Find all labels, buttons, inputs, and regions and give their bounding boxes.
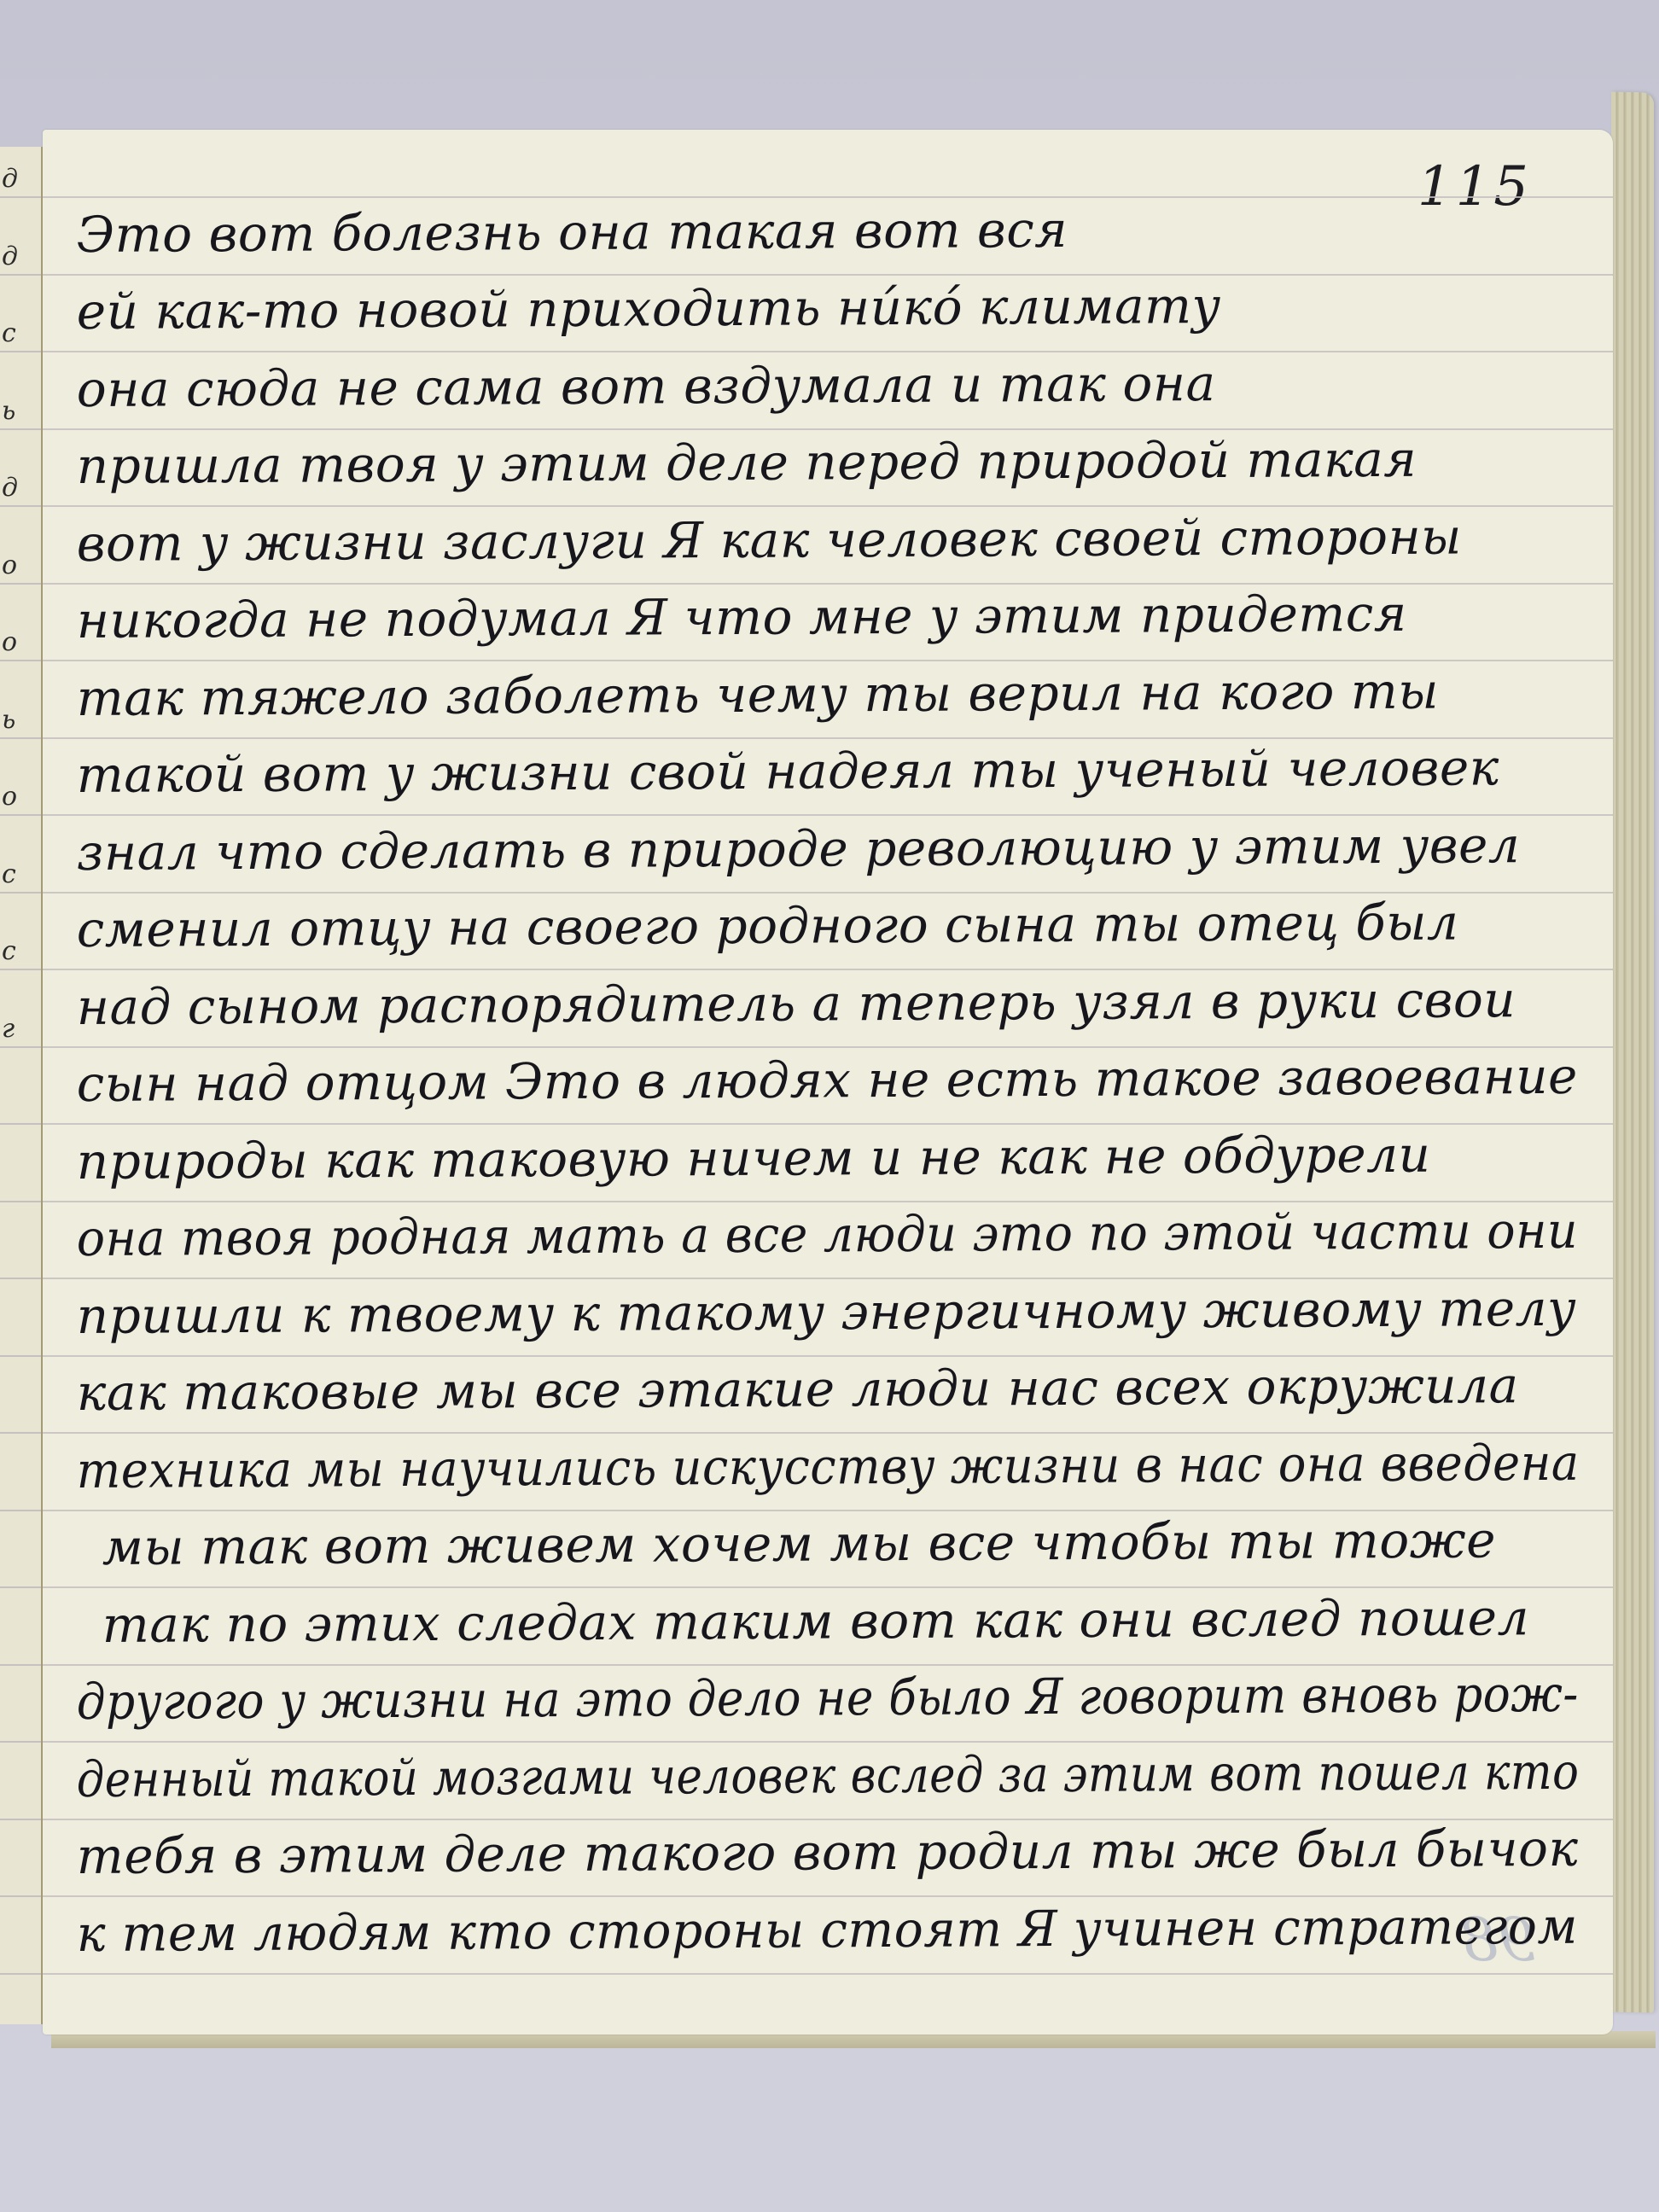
handwritten-line: ей как-то новой приходить ни́ко́ климату (77, 276, 1221, 341)
previous-page-text-fragment: о (2, 782, 17, 812)
ruled-line (0, 196, 41, 198)
ruled-line (0, 1741, 41, 1743)
ruled-line (0, 1819, 41, 1820)
page-stack-edge (1611, 91, 1654, 2012)
ruled-line (0, 274, 41, 276)
ruled-line (0, 1432, 41, 1434)
handwritten-line: пришли к твоему к такому энергичному жив… (77, 1278, 1577, 1344)
handwritten-line: мы так вот живем хочем мы все чтобы ты т… (102, 1511, 1496, 1576)
ruled-line (0, 1355, 41, 1357)
handwritten-line: знал что сделать в природе революцию у э… (77, 816, 1521, 882)
handwritten-line: так по этих следах таким вот как они всл… (102, 1588, 1529, 1654)
ruled-line (0, 505, 41, 507)
ruled-line (43, 1278, 1613, 1279)
ruled-line (0, 1973, 41, 1975)
handwritten-line: к тем людям кто стороны стоят Я учинен с… (77, 1896, 1578, 1962)
previous-page-edge: ддсьдооьоссг (0, 147, 43, 2024)
ruled-line (43, 814, 1613, 816)
handwritten-line: она твоя родная мать а все люди это по э… (77, 1202, 1579, 1267)
previous-page-text-fragment: д (2, 164, 18, 194)
previous-page-text-fragment: д (2, 473, 18, 503)
ruled-line (43, 660, 1613, 661)
handwritten-line: сменил отцу на своего родного сына ты от… (77, 894, 1459, 958)
ruled-line (43, 1741, 1613, 1743)
ruled-line (43, 1123, 1613, 1125)
handwritten-line: никогда не подумал Я что мне у этим прид… (77, 585, 1407, 649)
ruled-line (0, 1046, 41, 1048)
handwritten-line: над сыном распорядитель а теперь узял в … (77, 970, 1516, 1036)
ruled-line (0, 1664, 41, 1666)
ruled-line (0, 1586, 41, 1588)
ruled-line (0, 737, 41, 739)
previous-page-text-fragment: с (2, 318, 16, 348)
previous-page-text-fragment: д (2, 242, 18, 271)
ruled-line (0, 1278, 41, 1279)
handwritten-line: техника мы научились искусству жизни в н… (77, 1433, 1580, 1499)
handwritten-line: денный такой мозгами человек вслед за эт… (77, 1742, 1580, 1807)
previous-page-text-fragment: с (2, 859, 16, 889)
ruled-line (43, 1432, 1613, 1434)
ruled-line (0, 1895, 41, 1897)
ruled-line (43, 1973, 1613, 1975)
ruled-line (0, 660, 41, 661)
handwritten-line: как таковые мы все этакие люди нас всех … (77, 1356, 1519, 1422)
handwritten-line: тебя в этим деле такого вот родил ты же … (77, 1819, 1579, 1885)
ruled-line (43, 1895, 1613, 1897)
ruled-line (43, 1586, 1613, 1588)
handwritten-line: такой вот у жизни свой надеял ты ученый … (77, 738, 1499, 804)
notebook-page: 115 98 Это вот болезнь она такая вот вся… (43, 130, 1613, 2034)
ruled-line (43, 351, 1613, 352)
ruled-line (0, 1510, 41, 1511)
previous-page-text-fragment: г (2, 1014, 15, 1044)
handwritten-line: вот у жизни заслуги Я как человек своей … (77, 507, 1462, 572)
page-number: 115 (1417, 155, 1532, 218)
handwritten-line: она сюда не сама вот вздумала и так она (77, 354, 1216, 418)
previous-page-text-fragment: о (2, 550, 17, 580)
ruled-line (43, 274, 1613, 276)
ruled-line (0, 969, 41, 970)
ruled-line (0, 428, 41, 430)
previous-page-text-fragment: с (2, 936, 16, 966)
handwritten-line: Это вот болезнь она такая вот вся (77, 200, 1068, 263)
handwritten-line: другого у жизни на это дело не было Я го… (77, 1665, 1579, 1731)
previous-page-text-fragment: о (2, 627, 17, 657)
ruled-line (0, 1123, 41, 1125)
handwritten-line: так тяжело заболеть чему ты верил на ког… (77, 661, 1440, 726)
handwritten-line: сын над отцом Это в людях не есть такое … (77, 1047, 1578, 1113)
ruled-line (43, 969, 1613, 970)
ruled-line (43, 196, 1613, 198)
ruled-line (0, 351, 41, 352)
ruled-line (0, 1201, 41, 1202)
ruled-line (0, 583, 41, 585)
handwritten-line: природы как таковую ничем и не как не об… (77, 1125, 1431, 1190)
ruled-line (0, 814, 41, 816)
previous-page-text-fragment: ь (2, 396, 15, 426)
ruled-line (0, 892, 41, 894)
previous-page-text-fragment: ь (2, 705, 15, 735)
handwritten-line: пришла твоя у этим деле перед природой т… (77, 430, 1417, 495)
ruled-line (43, 505, 1613, 507)
